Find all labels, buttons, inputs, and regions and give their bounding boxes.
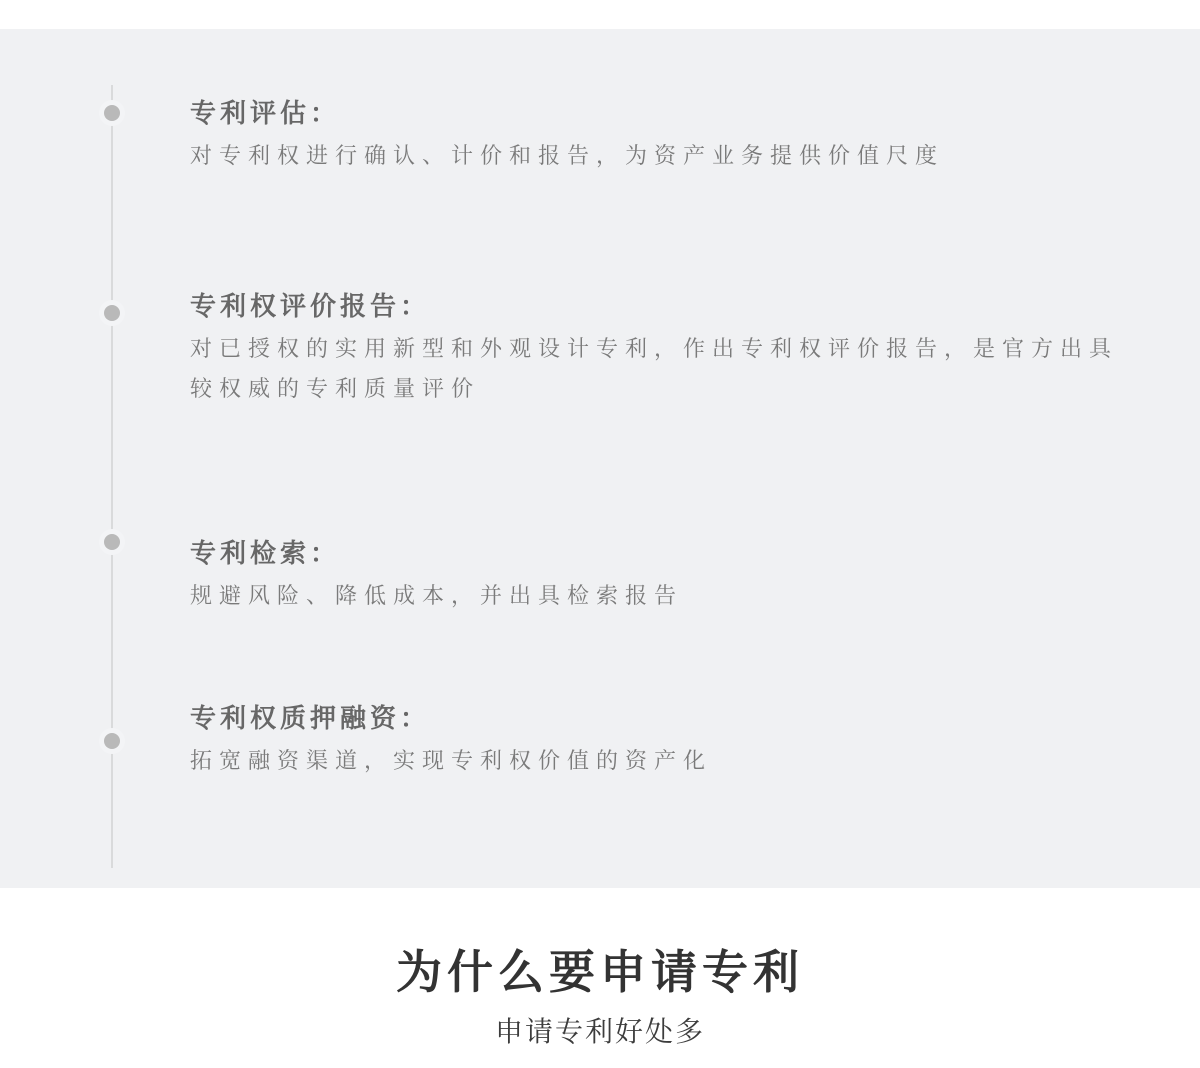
timeline-dot <box>104 534 120 550</box>
timeline-dot <box>104 305 120 321</box>
service-description-line: 拓宽融资渠道，实现专利权价值的资产化 <box>190 741 1150 781</box>
patent-services-panel: 专利评估： 对专利权进行确认、计价和报告，为资产业务提供价值尺度 专利权评价报告… <box>0 29 1200 888</box>
service-description-line: 较权威的专利质量评价 <box>190 369 1150 409</box>
timeline-dot <box>104 733 120 749</box>
service-item-patent-evaluation-report: 专利权评价报告： 对已授权的实用新型和外观设计专利，作出专利权评价报告，是官方出… <box>190 289 1150 409</box>
timeline-line <box>111 85 113 868</box>
service-description: 拓宽融资渠道，实现专利权价值的资产化 <box>190 741 1150 781</box>
service-item-patent-evaluation: 专利评估： 对专利权进行确认、计价和报告，为资产业务提供价值尺度 <box>190 96 1150 176</box>
service-description-line: 对已授权的实用新型和外观设计专利，作出专利权评价报告，是官方出具 <box>190 329 1150 369</box>
service-description: 对已授权的实用新型和外观设计专利，作出专利权评价报告，是官方出具 较权威的专利质… <box>190 329 1150 409</box>
service-item-patent-search: 专利检索： 规避风险、降低成本，并出具检索报告 <box>190 536 1150 616</box>
service-description-line: 对专利权进行确认、计价和报告，为资产业务提供价值尺度 <box>190 136 1150 176</box>
section-heading: 为什么要申请专利 <box>0 944 1200 1000</box>
service-description-line: 规避风险、降低成本，并出具检索报告 <box>190 576 1150 616</box>
service-item-patent-pledge-financing: 专利权质押融资： 拓宽融资渠道，实现专利权价值的资产化 <box>190 701 1150 781</box>
service-description: 规避风险、降低成本，并出具检索报告 <box>190 576 1150 616</box>
service-description: 对专利权进行确认、计价和报告，为资产业务提供价值尺度 <box>190 136 1150 176</box>
service-title: 专利评估： <box>190 96 1150 130</box>
service-title: 专利权质押融资： <box>190 701 1150 735</box>
section-subheading: 申请专利好处多 <box>0 1012 1200 1052</box>
why-apply-section: 为什么要申请专利 申请专利好处多 <box>0 888 1200 1068</box>
page: 专利评估： 对专利权进行确认、计价和报告，为资产业务提供价值尺度 专利权评价报告… <box>0 0 1200 1068</box>
timeline-dot <box>104 105 120 121</box>
service-title: 专利权评价报告： <box>190 289 1150 323</box>
service-title: 专利检索： <box>190 536 1150 570</box>
